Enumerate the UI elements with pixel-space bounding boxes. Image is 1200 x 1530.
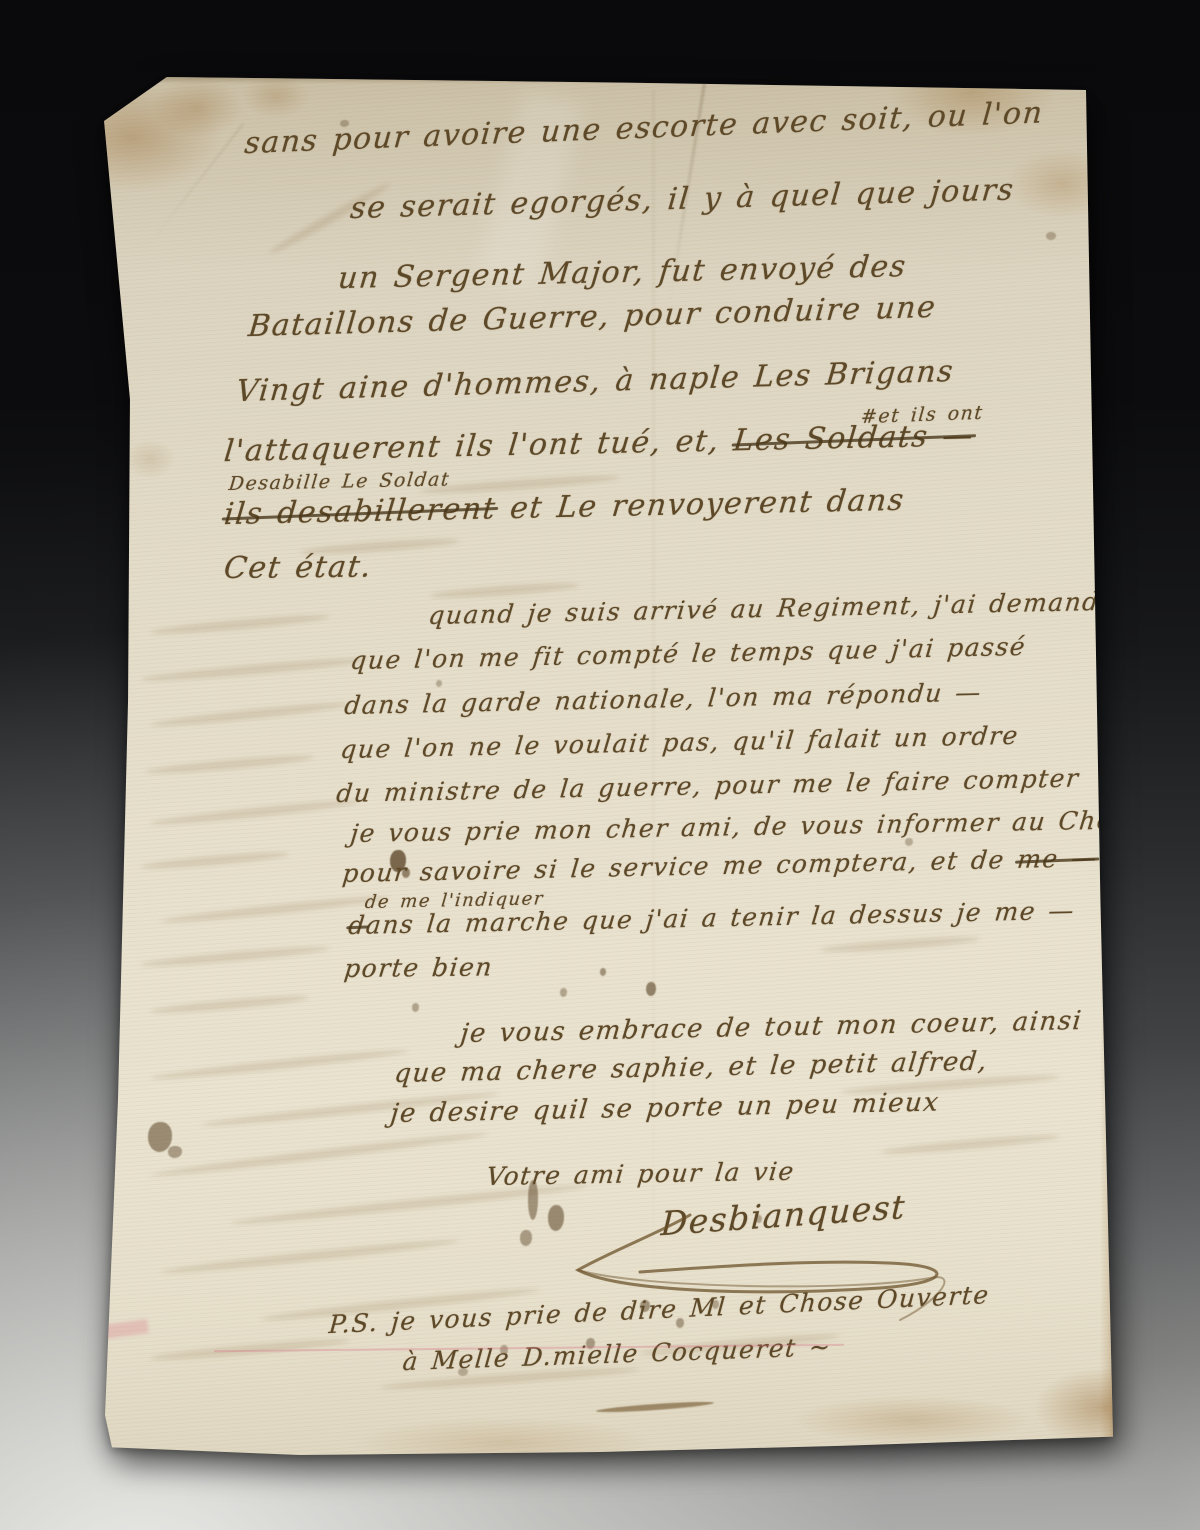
paper-right-edge: [1100, 89, 1116, 1443]
ink-blot: [1046, 232, 1056, 240]
ink-blot: [520, 1230, 532, 1246]
ink-blot: [412, 1003, 419, 1012]
letter-paper: sans pour avoire une escorte avec soit, …: [0, 0, 1200, 1530]
bleedthrough-smudge: [150, 993, 310, 1016]
manuscript-line: Vingt aine d'hommes, à naple Les Brigans: [235, 354, 956, 409]
manuscript-line: Cet état.: [222, 549, 374, 586]
manuscript-line: que ma chere saphie, et le petit alfred,: [393, 1047, 989, 1089]
ink-blot: [548, 1205, 564, 1231]
bleedthrough-smudge: [880, 1132, 1060, 1157]
bleedthrough-smudge: [145, 753, 315, 777]
bleedthrough-smudge: [160, 1236, 459, 1276]
manuscript-line: P.S. je vous prie de dire Ml et Chose Ou…: [328, 1280, 991, 1339]
manuscript-line: Desbianquest: [660, 1187, 907, 1243]
manuscript-line: du ministre de la guerre, pour me le fai…: [335, 763, 1081, 808]
manuscript-line: l'attaquerent ils l'ont tué, et, Les Sol…: [222, 418, 975, 469]
manuscript-line: que l'on me fit compté le temps que j'ai…: [349, 632, 1028, 675]
paper-sheet: sans pour avoire une escorte avec soit, …: [0, 0, 1200, 1530]
bleedthrough-smudge: [150, 612, 330, 637]
manuscript-line: je vous prie mon cher ami, de vous infor…: [349, 804, 1200, 848]
manuscript-line: Desabille Le Soldat: [228, 468, 451, 495]
ink-blot: [436, 680, 442, 687]
bleedthrough-smudge: [150, 1046, 410, 1082]
bleedthrough-smudge: [820, 934, 980, 954]
bleedthrough-smudge: [150, 797, 360, 828]
photo-background: sans pour avoire une escorte avec soit, …: [0, 0, 1200, 1530]
manuscript-line: quand je suis arrivé au Regiment, j'ai d…: [427, 587, 1118, 630]
manuscript-line: un Sergent Major, fut envoyé des: [336, 249, 908, 296]
faint-pink-mark: [103, 1319, 149, 1339]
fold-crease: [652, 90, 655, 1430]
ink-blot: [600, 968, 606, 976]
bleedthrough-smudge: [151, 1129, 490, 1179]
manuscript-line: pour savoire si le service me comptera, …: [341, 843, 1099, 888]
ink-blot: [905, 838, 913, 846]
bleedthrough-smudge: [140, 655, 370, 684]
bleedthrough-smudge: [430, 581, 580, 600]
manuscript-line: Votre ami pour la vie: [485, 1157, 796, 1191]
manuscript-line: je vous embrace de tout mon coeur, ainsi: [459, 1006, 1084, 1049]
bleedthrough-smudge: [150, 700, 350, 730]
manuscript-line: porte bien: [343, 952, 495, 983]
ink-blot: [168, 1146, 182, 1158]
manuscript-line: Bataillons de Guerre, pour conduire une: [247, 290, 938, 344]
bleedthrough-smudge: [140, 944, 330, 970]
manuscript-line: sans pour avoire une escorte avec soit, …: [243, 95, 1045, 161]
manuscript-line: que l'on ne le voulait pas, qu'il falait…: [339, 721, 1020, 764]
postscript-underline: [596, 1400, 714, 1414]
fold-crease: [150, 123, 244, 242]
bleedthrough-smudge: [140, 849, 290, 871]
paper-top-edge: [108, 75, 1092, 84]
ink-blot: [560, 988, 567, 997]
